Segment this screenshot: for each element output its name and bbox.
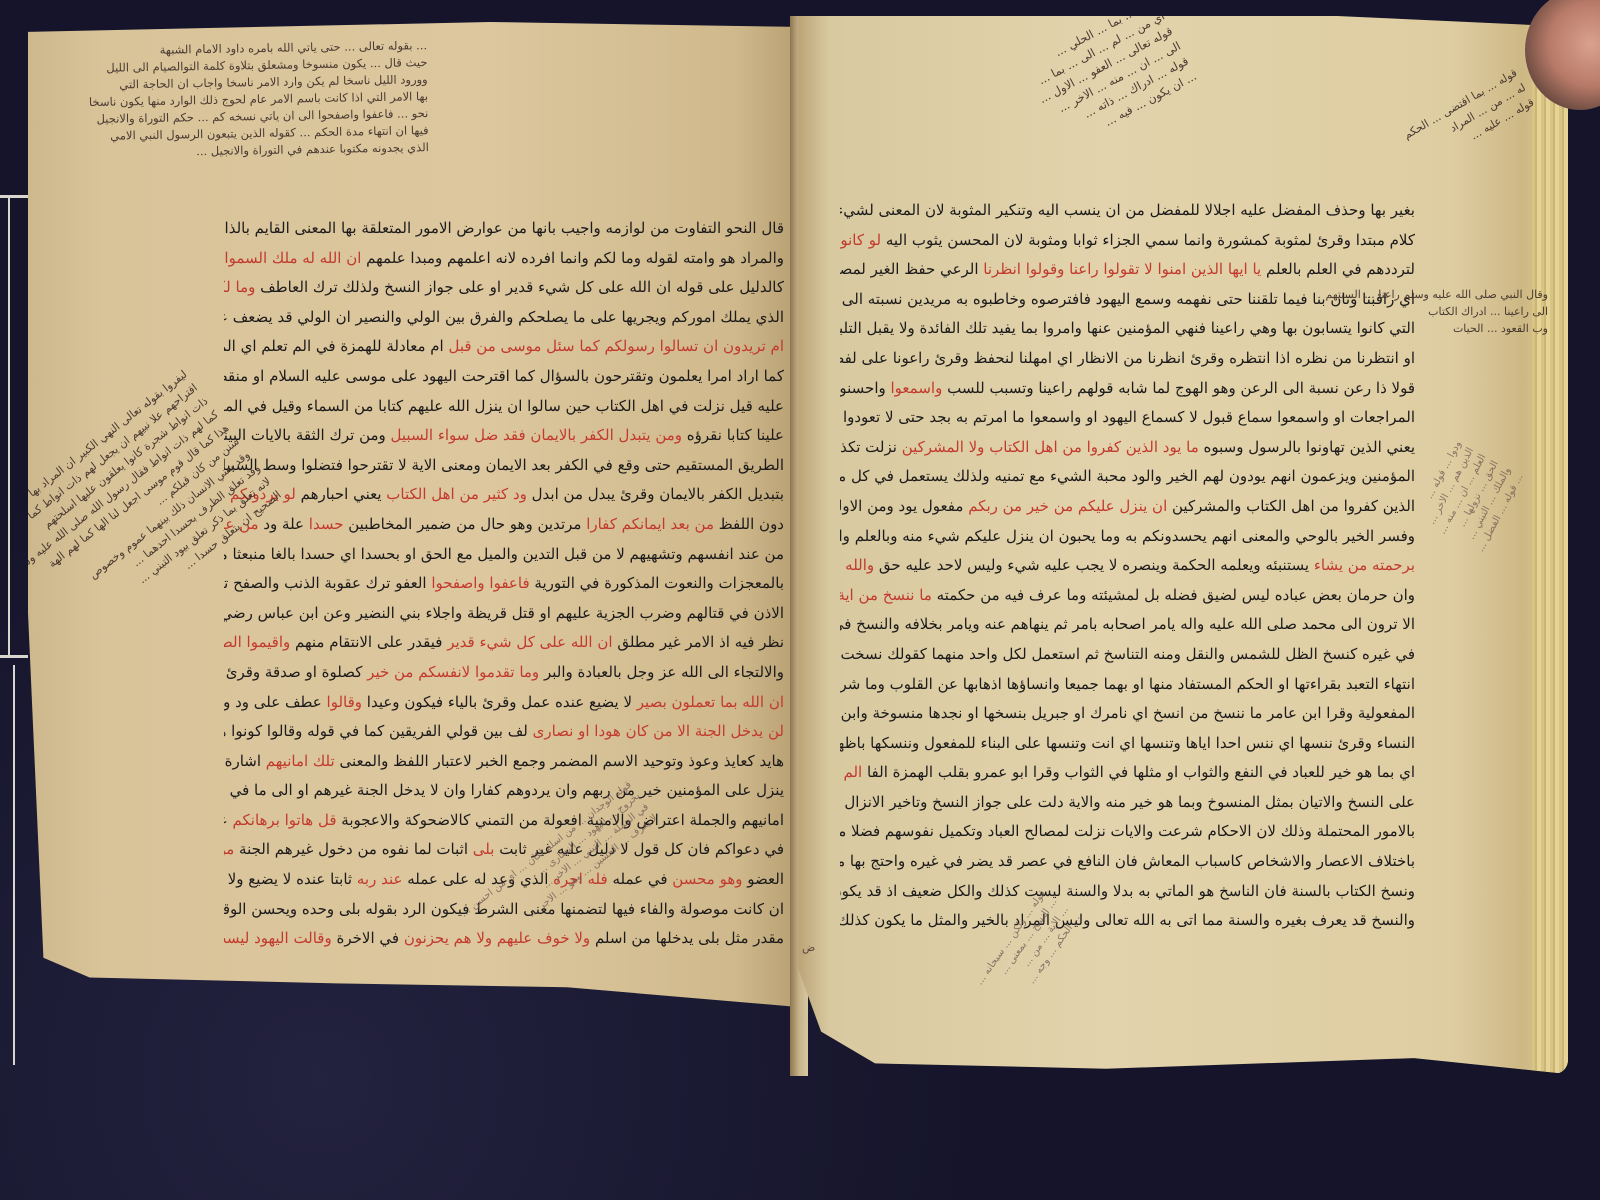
commentary-text: قولا ذا رعن نسبة الى الرعن وهو الهوج لما… xyxy=(942,379,1415,397)
right-page-main-text: بغير بها وحذف المفضل عليه اجلالا للمفضل … xyxy=(840,196,1415,936)
commentary-text: علينا كتابا نقرؤه xyxy=(682,426,784,444)
rubricated-quran-text: وقالوا xyxy=(327,693,362,711)
rubricated-quran-text: ومن يتبدل الكفر بالايمان فقد ضل سواء الس… xyxy=(391,426,683,444)
commentary-text: النساء وقرئ ننسها اي ننس احدا اياها وتنس… xyxy=(840,734,1415,752)
commentary-text: وان حرمان بعض عباده ليس لضيق فضله بل لمش… xyxy=(932,586,1415,604)
gloss-line: الى راعينا ... ادراك الكتاب xyxy=(1398,303,1548,320)
commentary-text: لا يضيع عنده عمل وقرئ بالياء فيكون وعيدا xyxy=(362,693,637,711)
gloss-line: وب القعود ... الحيات xyxy=(1398,320,1548,337)
text-line: نظر فيه اذ الامر غير مطلق ان الله على كل… xyxy=(224,628,784,658)
rubricated-quran-text: ان ينزل عليكم من خير من ربكم xyxy=(968,497,1167,515)
right-page-upper-margin-gloss: قوله ... بما اقتضى ... الحكمله ... من ..… xyxy=(1339,64,1538,208)
commentary-text: اشارة الى الاماني المذكورة وهو ان xyxy=(224,752,266,770)
text-line: علينا كتابا نقرؤه ومن يتبدل الكفر بالايم… xyxy=(224,421,784,451)
commentary-text: لف بين قولي الفريقين كما في قوله وقالوا … xyxy=(224,722,533,740)
commentary-text: كما اراد امرا يعلمون وتقترحون بالسؤال كم… xyxy=(224,367,784,385)
commentary-text: في الاخرة xyxy=(332,929,404,947)
commentary-text: يعني احبارهم xyxy=(296,485,386,503)
text-line: قال النحو التفاوت من لوازمه واجيب بانها … xyxy=(224,214,784,244)
text-line: الذين كفروا من اهل الكتاب والمشركين ان ي… xyxy=(840,492,1415,522)
right-page: قوله ... بما ... الحلي ...اي من ... لم .… xyxy=(798,16,1568,1074)
text-line: المؤمنين ويزعمون انهم يودون لهم الخير وا… xyxy=(840,462,1415,492)
commentary-text: قال النحو التفاوت من لوازمه واجيب بانها … xyxy=(224,219,784,237)
commentary-text: الاذن في قتالهم وضرب الجزية عليهم او قتل… xyxy=(224,604,784,622)
commentary-text: بتبديل الكفر بالايمان وقرئ يبدل من ابدل xyxy=(527,485,784,503)
rubricated-quran-text: حسدا xyxy=(309,515,344,533)
rubricated-quran-text: ود كثير من اهل الكتاب xyxy=(386,485,527,503)
commentary-text: ينزل على المؤمنين خير من ربهم وان يردوهم… xyxy=(224,781,784,799)
text-line: بتبديل الكفر بالايمان وقرئ يبدل من ابدل … xyxy=(224,480,784,510)
text-line: هايد كعايذ وعوذ وتوحيد الاسم المضمر وجمع… xyxy=(224,747,784,777)
commentary-text: لترددهم في العلم بالعلم xyxy=(1261,260,1415,278)
text-line: وفسر الخير بالوحي والمعنى انهم يحسدونكم … xyxy=(840,522,1415,552)
commentary-text: الرعي حفظ الغير لمصلحته وكان المسلمون يق… xyxy=(840,260,983,278)
commentary-text: ثابتا عنده لا يضيع ولا ينقص والجملة جواب… xyxy=(224,870,357,888)
commentary-text: والمراد هو وامته لقوله وما لكم وانما افر… xyxy=(361,249,784,267)
commentary-text: المؤمنين ويزعمون انهم يودون لهم الخير وا… xyxy=(840,467,1415,485)
text-line: المفعولية وقرا ابن عامر ما ننسخ من انسخ … xyxy=(840,699,1415,729)
text-line: الطريق المستقيم حتى وقع في الكفر بعد الا… xyxy=(224,451,784,481)
rubricated-quran-text: والله ذو الفضل العظيم xyxy=(840,556,874,574)
backdrop-rule xyxy=(0,195,28,198)
commentary-text: هايد كعايذ وعوذ وتوحيد الاسم المضمر وجمع… xyxy=(335,752,784,770)
commentary-text: على النسخ والاتيان بمثل المنسوخ وبما هو … xyxy=(840,793,1415,811)
left-page-main-text: قال النحو التفاوت من لوازمه واجيب بانها … xyxy=(224,214,784,954)
commentary-text: وفسر الخير بالوحي والمعنى انهم يحسدونكم … xyxy=(840,527,1415,545)
rubricated-quran-text: ما ننسخ من اية او ننسها xyxy=(840,586,932,604)
text-line: النساء وقرئ ننسها اي ننس احدا اياها وتنس… xyxy=(840,729,1415,759)
rubricated-quran-text: وما لكم من دون الله من ولي ولا نصير xyxy=(224,278,255,296)
text-line: يعني الذين تهاونوا بالرسول وسبوه ما يود … xyxy=(840,433,1415,463)
text-line: لترددهم في العلم بالعلم يا ايها الذين ام… xyxy=(840,255,1415,285)
commentary-text: يعني الذين تهاونوا بالرسول وسبوه xyxy=(1199,438,1415,456)
rubricated-quran-text: وما تقدموا لانفسكم من خير xyxy=(367,663,539,681)
rubricated-quran-text: الم تعلم ان الله على كل شيء قدير xyxy=(840,763,862,781)
commentary-text: مفعول يود ومن الاولى مزيدة للاستغراق وال… xyxy=(840,497,968,515)
commentary-text: على اختصاصكم بدخول الجنة xyxy=(224,811,233,829)
text-line: الذي يملك اموركم ويجريها على ما يصلحكم و… xyxy=(224,303,784,333)
rubricated-quran-text: ان الله بما تعملون بصير xyxy=(637,693,784,711)
commentary-text: عطف على ود والضمير لاهل الكتاب من اليهود… xyxy=(224,693,327,711)
commentary-text: ام معادلة للهمزة في الم تعلم اي الم تعلم… xyxy=(224,337,448,355)
commentary-text: دون اللفظ xyxy=(714,515,784,533)
commentary-text: واحسنوا الاستماع حتى لا تحتاجوا الى الطل… xyxy=(840,379,891,397)
left-page-top-gloss: ... بقوله تعالى ... حتى ياتي الله بامره … xyxy=(97,37,429,162)
rubricated-quran-text: ام تريدون ان تسالوا رسولكم كما سئل موسى … xyxy=(448,337,784,355)
text-line: التي كانوا يتسابون بها وهي راعينا فنهي ا… xyxy=(840,314,1415,344)
rubricated-quran-text: وهو محسن xyxy=(672,870,742,888)
rubricated-quran-text: من اسلم وجهه لله xyxy=(224,840,234,858)
rubricated-quran-text: فاعفوا واصفحوا xyxy=(431,574,529,592)
text-line: ونسخ الكتاب بالسنة فان الناسخ هو الماتي … xyxy=(840,877,1415,907)
backdrop-rule xyxy=(8,196,10,656)
commentary-text: ومن ترك الثقة بالايات البينة وشك فيها وا… xyxy=(224,426,391,444)
text-line: او انتظرنا من نظره اذا انتظره وقرئ انظرن… xyxy=(840,344,1415,374)
commentary-text: كلام مبتدا وقرئ لمثوبة كمشورة وانما سمي … xyxy=(881,231,1415,249)
commentary-text: المراجعات او واسمعوا سماع قبول لا كسماع … xyxy=(840,408,1415,426)
commentary-text: والالتجاء الى الله عز وجل بالعبادة والبر xyxy=(539,663,784,681)
rubricated-quran-text: من بعد ايمانكم كفارا xyxy=(586,515,714,533)
text-line: كلام مبتدا وقرئ لمثوبة كمشورة وانما سمي … xyxy=(840,226,1415,256)
commentary-text: المفعولية وقرا ابن عامر ما ننسخ من انسخ … xyxy=(840,704,1415,722)
commentary-text: بغير بها وحذف المفضل عليه اجلالا للمفضل … xyxy=(840,201,1415,219)
text-line: والمراد هو وامته لقوله وما لكم وانما افر… xyxy=(224,244,784,274)
text-line: المراجعات او واسمعوا سماع قبول لا كسماع … xyxy=(840,403,1415,433)
text-line: على النسخ والاتيان بمثل المنسوخ وبما هو … xyxy=(840,788,1415,818)
commentary-text: بالمعجزات والنعوت المذكورة في التورية xyxy=(530,574,784,592)
commentary-text: عليه قيل نزلت في اهل الكتاب حين سالوا ان… xyxy=(224,397,784,415)
commentary-text: في عمله xyxy=(608,870,673,888)
text-line: بالمعجزات والنعوت المذكورة في التورية فا… xyxy=(224,569,784,599)
rubricated-quran-text: تلك امانيهم xyxy=(266,752,335,770)
text-line: باختلاف الاعصار والاشخاص كاسباب المعاش ف… xyxy=(840,847,1415,877)
text-line: برحمته من يشاء يستنبئه ويعلمه الحكمة وين… xyxy=(840,551,1415,581)
gutter-mark: ض xyxy=(802,941,815,954)
commentary-text: في غيره كنسخ الظل للشمس والنقل ومنه التن… xyxy=(840,645,1415,663)
rubricated-quran-text: واقيموا الصلوة واتوا الزكوة xyxy=(224,633,290,651)
commentary-text: بالامور المحتملة وذلك لان الاحكام شرعت و… xyxy=(840,822,1415,840)
backdrop-rule xyxy=(13,665,15,1065)
rubricated-quran-text: ما يود الذين كفروا من اهل الكتاب ولا الم… xyxy=(902,438,1199,456)
commentary-text: علة ود xyxy=(259,515,309,533)
text-line: في دعواكم فان كل قول لا دليل عليه غير ثا… xyxy=(224,835,784,865)
text-line: ينزل على المؤمنين خير من ربهم وان يردوهم… xyxy=(224,776,784,806)
rubricated-quran-text: عند ربه xyxy=(357,870,403,888)
text-line: بغير بها وحذف المفضل عليه اجلالا للمفضل … xyxy=(840,196,1415,226)
backdrop-rule xyxy=(0,655,28,658)
text-line: لن يدخل الجنة الا من كان هودا او نصارى ل… xyxy=(224,717,784,747)
text-line: والالتجاء الى الله عز وجل بالعبادة والبر… xyxy=(224,658,784,688)
text-line: في غيره كنسخ الظل للشمس والنقل ومنه التن… xyxy=(840,640,1415,670)
rubricated-quran-text: قل هاتوا برهانكم xyxy=(233,811,337,829)
commentary-text: كالدليل على قوله ان الله على كل شيء قدير… xyxy=(255,278,784,296)
text-line: دون اللفظ من بعد ايمانكم كفارا مرتدين وه… xyxy=(224,510,784,540)
text-line: الا ترون الى محمد صلى الله عليه واله يام… xyxy=(840,610,1415,640)
text-line: ام تريدون ان تسالوا رسولكم كما سئل موسى … xyxy=(224,332,784,362)
text-line: عليه قيل نزلت في اهل الكتاب حين سالوا ان… xyxy=(224,392,784,422)
text-line: بالامور المحتملة وذلك لان الاحكام شرعت و… xyxy=(840,817,1415,847)
rubricated-quran-text: لن يدخل الجنة الا من كان هودا او نصارى xyxy=(533,722,784,740)
commentary-text: الذين كفروا من اهل الكتاب والمشركين xyxy=(1167,497,1415,515)
commentary-text: الطريق المستقيم حتى وقع في الكفر بعد الا… xyxy=(224,456,784,474)
commentary-text: نزلت تكذيبا لجمع من اليهود يظهرون مودة xyxy=(840,438,902,456)
commentary-text: كصلوة او صدقة وقرئ تقدموا من اقدم xyxy=(224,663,367,681)
left-page: ... بقوله تعالى ... حتى ياتي الله بامره … xyxy=(28,22,798,1007)
rubricated-quran-text: وقالت اليهود ليست النصارى على شيء وقالت … xyxy=(224,929,332,947)
text-line: انتهاء التعبد بقراءتها او الحكم المستفاد… xyxy=(840,670,1415,700)
text-line: وان حرمان بعض عباده ليس لضيق فضله بل لمش… xyxy=(840,581,1415,611)
commentary-text: الذي يملك اموركم ويجريها على ما يصلحكم و… xyxy=(224,308,784,326)
gloss-line: له ... من ... المراد xyxy=(1347,79,1529,194)
commentary-text: التي كانوا يتسابون بها وهي راعينا فنهي ا… xyxy=(840,319,1415,337)
right-page-middle-margin-gloss: وقال النبي صلى الله عليه وسلم راعنا ... … xyxy=(1398,286,1548,337)
rubricated-quran-text: بلى xyxy=(473,840,495,858)
text-line: كالدليل على قوله ان الله على كل شيء قدير… xyxy=(224,273,784,303)
text-line: كما اراد امرا يعلمون وتقترحون بالسؤال كم… xyxy=(224,362,784,392)
text-line: ان الله بما تعملون بصير لا يضيع عنده عمل… xyxy=(224,688,784,718)
commentary-text: اثبات لما نفوه من دخول غيرهم الجنة xyxy=(234,840,472,858)
commentary-text: العفو ترك عقوبة الذنب والصفح ترك تثريبه xyxy=(224,574,431,592)
commentary-text: من عند انفسهم وتشهيهم لا من قبل التدين و… xyxy=(224,545,784,563)
commentary-text: الا ترون الى محمد صلى الله عليه واله يام… xyxy=(840,615,1415,633)
commentary-text: والنسخ قد يعرف بغيره والسنة مما اتى به ا… xyxy=(840,911,1415,929)
commentary-text: نظر فيه اذ الامر غير مطلق xyxy=(613,633,784,651)
commentary-text: فيقدر على الانتقام منهم xyxy=(290,633,447,651)
page-edges xyxy=(1532,16,1568,1074)
text-line: اي بما هو خير للعباد في النفع والثواب او… xyxy=(840,758,1415,788)
rubricated-quran-text: لو كانوا يعلمون xyxy=(840,231,881,249)
text-line: والنسخ قد يعرف بغيره والسنة مما اتى به ا… xyxy=(840,906,1415,936)
commentary-text: ونسخ الكتاب بالسنة فان الناسخ هو الماتي … xyxy=(840,882,1415,900)
rubricated-quran-text: يا ايها الذين امنوا لا تقولوا راعنا وقول… xyxy=(983,260,1261,278)
rubricated-quran-text: واسمعوا xyxy=(891,379,943,397)
commentary-text: او انتظرنا من نظره اذا انتظره وقرئ انظرن… xyxy=(840,349,1415,367)
commentary-text: مقدر مثل بلى يدخلها من اسلم xyxy=(590,929,784,947)
rubricated-quran-text: ان الله له ملك السموات والارض xyxy=(224,249,361,267)
text-line: امانيهم والجملة اعتراض والامنية افعولة م… xyxy=(224,806,784,836)
text-line: الاذن في قتالهم وضرب الجزية عليهم او قتل… xyxy=(224,599,784,629)
rubricated-quran-text: ان الله على كل شيء قدير xyxy=(447,633,612,651)
commentary-text: باختلاف الاعصار والاشخاص كاسباب المعاش ف… xyxy=(840,852,1415,870)
commentary-text: مرتدين وهو حال من ضمير المخاطبين xyxy=(343,515,586,533)
commentary-text: انتهاء التعبد بقراءتها او الحكم المستفاد… xyxy=(840,675,1415,693)
text-line: من عند انفسهم وتشهيهم لا من قبل التدين و… xyxy=(224,540,784,570)
text-line: قولا ذا رعن نسبة الى الرعن وهو الهوج لما… xyxy=(840,374,1415,404)
commentary-text: يستنبئه ويعلمه الحكمة وينصره لا يجب عليه… xyxy=(874,556,1314,574)
commentary-text: اي بما هو خير للعباد في النفع والثواب او… xyxy=(862,763,1415,781)
commentary-text: امانيهم والجملة اعتراض والامنية افعولة م… xyxy=(337,811,784,829)
commentary-text: العضو xyxy=(743,870,785,888)
gloss-line: وقال النبي صلى الله عليه وسلم راعنا ... … xyxy=(1398,286,1548,303)
